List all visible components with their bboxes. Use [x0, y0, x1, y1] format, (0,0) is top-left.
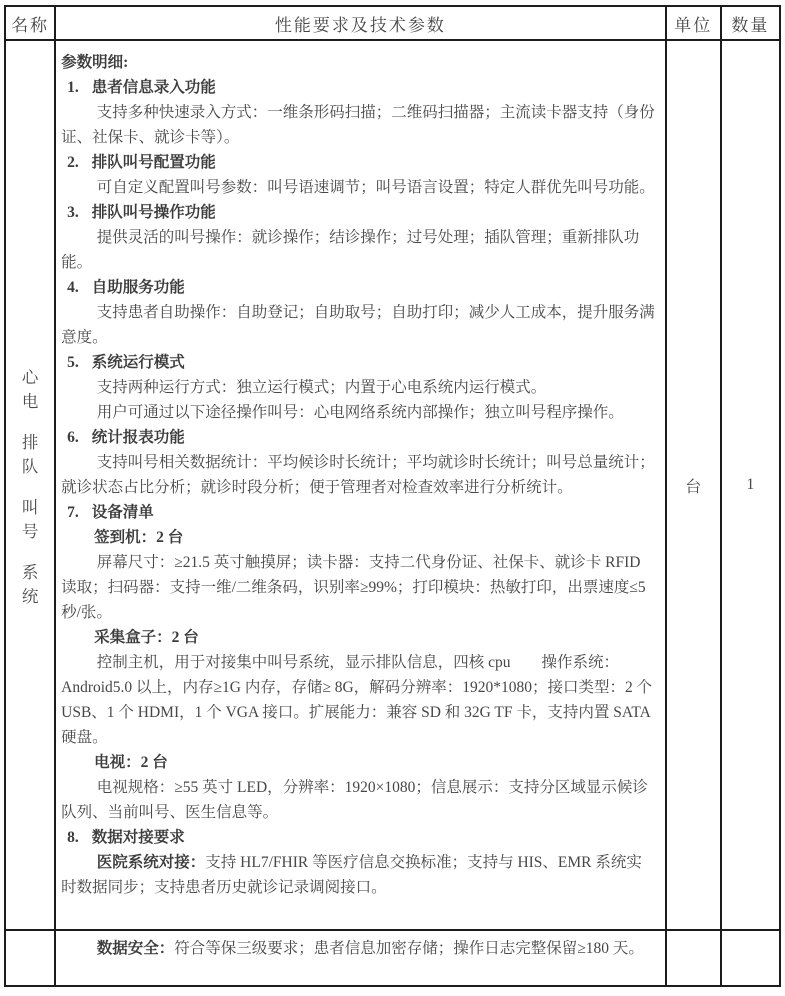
header-unit: 单位 [666, 6, 721, 40]
spec-content: 参数明细:1.患者信息录入功能支持多种快速录入方式：一维条形码扫描；二维码扫描器… [61, 50, 657, 900]
data-security-cell: 数据安全：符合等保三级要求；患者信息加密存储；操作日志完整保留≥180 天。 [55, 930, 666, 986]
spec-paragraph: 控制主机，用于对接集中叫号系统，显示排队信息，四核 cpu 操作系统：Andro… [61, 650, 657, 750]
spec-item-heading: 2.排队叫号配置功能 [67, 150, 657, 175]
device-subheading: 电视：2 台 [94, 750, 657, 775]
spec-item-heading: 5.系统运行模式 [67, 350, 657, 375]
item-number: 4. [67, 275, 79, 300]
spec-item-heading: 1.患者信息录入功能 [67, 75, 657, 100]
header-qty: 数量 [721, 6, 780, 40]
spec-paragraph: 支持多种快速录入方式：一维条形码扫描；二维码扫描器；主流读卡器支持（身份证、社保… [61, 100, 657, 150]
item-title: 排队叫号操作功能 [92, 204, 216, 221]
item-number: 6. [67, 425, 79, 450]
item-title: 患者信息录入功能 [92, 79, 216, 96]
product-name-line: 排队 [6, 429, 54, 477]
item-title: 统计报表功能 [92, 429, 185, 446]
item-number: 1. [67, 75, 79, 100]
header-params: 性能要求及技术参数 [55, 6, 666, 40]
spec-paragraph: 电视规格：≥55 英寸 LED，分辨率：1920×1080；信息展示：支持分区域… [61, 775, 657, 825]
spec-item-heading: 6.统计报表功能 [67, 425, 657, 450]
footer-qty-cell-empty [721, 930, 780, 986]
item-title: 设备清单 [92, 504, 154, 521]
spec-paragraph: 提供灵活的叫号操作：就诊操作；结诊操作；过号处理；插队管理；重新排队功能。 [61, 225, 657, 275]
item-number: 5. [67, 350, 79, 375]
item-number: 8. [67, 825, 79, 850]
item-title: 系统运行模式 [92, 354, 185, 371]
data-security-label: 数据安全： [97, 940, 175, 957]
spec-table: 名称 性能要求及技术参数 单位 数量 心电 排队 叫号 系统 参数明细:1.患者… [4, 5, 781, 987]
item-title: 数据对接要求 [92, 829, 185, 846]
product-name-cell: 心电 排队 叫号 系统 [5, 40, 55, 930]
footer-unit-cell-empty [666, 930, 721, 986]
product-name-line: 系统 [6, 559, 54, 607]
item-number: 2. [67, 150, 79, 175]
data-security-text: 符合等保三级要求；患者信息加密存储；操作日志完整保留≥180 天。 [174, 940, 644, 957]
item-title: 排队叫号配置功能 [92, 154, 216, 171]
spec-paragraph: 可自定义配置叫号参数：叫号语速调节；叫号语言设置；特定人群优先叫号功能。 [61, 175, 657, 200]
data-security-row: 数据安全：符合等保三级要求；患者信息加密存储；操作日志完整保留≥180 天。 [5, 930, 780, 986]
product-name-line: 叫号 [6, 494, 54, 542]
spec-paragraph: 支持两种运行方式：独立运行模式；内置于心电系统内运行模式。 [61, 375, 657, 400]
product-name-line: 心电 [6, 364, 54, 412]
spec-paragraph: 支持叫号相关数据统计：平均候诊时长统计；平均就诊时长统计；叫号总量统计；就诊状态… [61, 450, 657, 500]
paragraph-lead-label: 医院系统对接： [97, 854, 206, 871]
spec-body-row: 心电 排队 叫号 系统 参数明细:1.患者信息录入功能支持多种快速录入方式：一维… [5, 40, 780, 930]
header-row: 名称 性能要求及技术参数 单位 数量 [5, 6, 780, 40]
item-number: 7. [67, 500, 79, 525]
spec-paragraph: 屏幕尺寸：≥21.5 英寸触摸屏；读卡器：支持二代身份证、社保卡、就诊卡 RFI… [61, 550, 657, 625]
section-heading: 参数明细: [61, 50, 657, 75]
spec-item-heading: 4.自助服务功能 [67, 275, 657, 300]
spec-paragraph: 医院系统对接：支持 HL7/FHIR 等医疗信息交换标准；支持与 HIS、EMR… [61, 850, 657, 900]
item-title: 自助服务功能 [92, 279, 185, 296]
data-security-paragraph: 数据安全：符合等保三级要求；患者信息加密存储；操作日志完整保留≥180 天。 [61, 936, 657, 961]
footer-name-cell-empty [5, 930, 55, 986]
spec-content-cell: 参数明细:1.患者信息录入功能支持多种快速录入方式：一维条形码扫描；二维码扫描器… [55, 40, 666, 930]
qty-value-cell: 1 [721, 40, 780, 930]
unit-value-cell: 台 [666, 40, 721, 930]
spec-item-heading: 8.数据对接要求 [67, 825, 657, 850]
spec-paragraph: 用户可通过以下途径操作叫号：心电网络系统内部操作；独立叫号程序操作。 [61, 400, 657, 425]
spec-paragraph: 支持患者自助操作：自助登记；自助取号；自助打印；减少人工成本，提升服务满意度。 [61, 300, 657, 350]
header-name: 名称 [5, 6, 55, 40]
spec-item-heading: 3.排队叫号操作功能 [67, 200, 657, 225]
product-name: 心电 排队 叫号 系统 [6, 364, 54, 607]
spec-item-heading: 7.设备清单 [67, 500, 657, 525]
device-subheading: 采集盒子：2 台 [94, 625, 657, 650]
device-subheading: 签到机：2 台 [94, 525, 657, 550]
item-number: 3. [67, 200, 79, 225]
